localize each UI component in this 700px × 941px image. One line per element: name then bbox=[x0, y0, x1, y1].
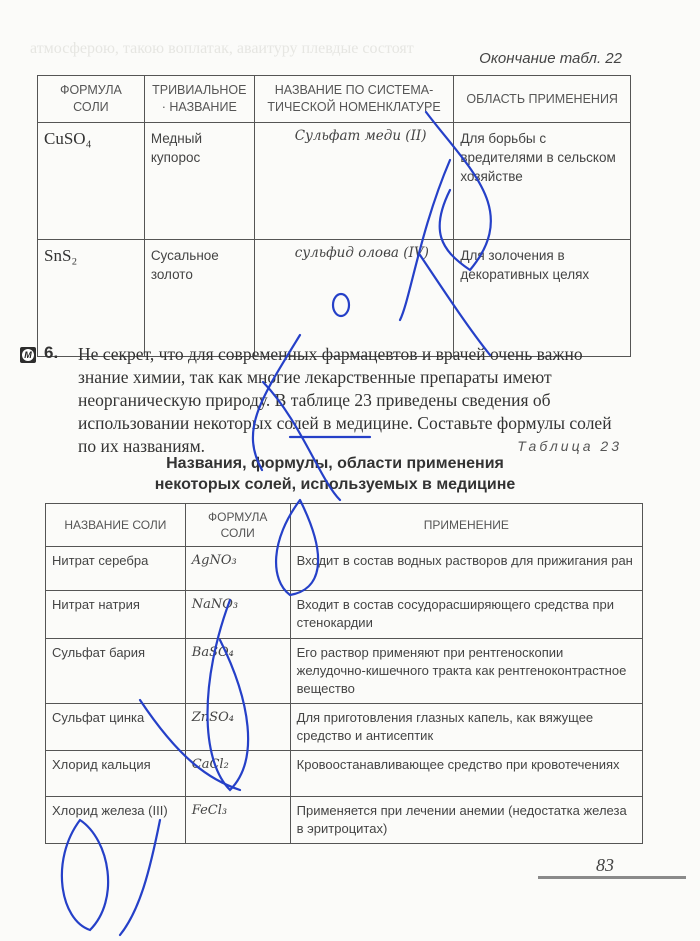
header-salt-formula: ФОРМУЛА СОЛИ bbox=[185, 504, 290, 547]
cell-formula-handwritten[interactable]: CaCl₂ bbox=[185, 751, 290, 797]
table-23-label: Таблица 23 bbox=[517, 438, 622, 454]
task-number: 6. bbox=[44, 343, 58, 363]
table-23-title: Названия, формулы, области применения не… bbox=[130, 453, 540, 495]
table-header-row: НАЗВАНИЕ СОЛИ ФОРМУЛА СОЛИ ПРИМЕНЕНИЕ bbox=[46, 504, 643, 547]
cell-trivial-name: Сусальное золото bbox=[144, 240, 254, 357]
cell-salt-name: Сульфат бария bbox=[46, 639, 186, 704]
header-salt-name: НАЗВАНИЕ СОЛИ bbox=[46, 504, 186, 547]
page-number: 83 bbox=[596, 855, 614, 876]
cell-application: Для приготовления глазных капель, как вя… bbox=[290, 704, 642, 751]
header-application: ОБЛАСТЬ ПРИМЕНЕНИЯ bbox=[454, 76, 631, 123]
cell-formula-handwritten[interactable]: NaNO₃ bbox=[185, 591, 290, 639]
cell-application: Его раствор применяют при рентгеноскопии… bbox=[290, 639, 642, 704]
table-row: Хлорид кальция CaCl₂ Кровоостанавливающе… bbox=[46, 751, 643, 797]
cell-trivial-name: Медный купорос bbox=[144, 123, 254, 240]
cell-systematic-name-handwritten[interactable]: сульфид олова (IV) bbox=[254, 240, 454, 357]
cell-application: Для борьбы с вредителями в сельском хозя… bbox=[454, 123, 631, 240]
header-formula: ФОРМУЛА СОЛИ bbox=[38, 76, 145, 123]
cell-application: Применяется при лечении анемии (недостат… bbox=[290, 797, 642, 844]
cell-salt-name: Сульфат цинка bbox=[46, 704, 186, 751]
cell-salt-name: Хлорид кальция bbox=[46, 751, 186, 797]
table-continuation-caption: Окончание табл. 22 bbox=[479, 50, 622, 67]
page-number-rule bbox=[538, 876, 686, 879]
cell-formula: SnS₂ bbox=[38, 240, 145, 357]
cell-salt-name: Нитрат серебра bbox=[46, 547, 186, 591]
table-23: НАЗВАНИЕ СОЛИ ФОРМУЛА СОЛИ ПРИМЕНЕНИЕ Ни… bbox=[45, 503, 643, 844]
header-application: ПРИМЕНЕНИЕ bbox=[290, 504, 642, 547]
cell-systematic-name-handwritten[interactable]: Сульфат меди (II) bbox=[254, 123, 454, 240]
cell-application: Входит в состав сосудорасширяющего средс… bbox=[290, 591, 642, 639]
cell-formula-handwritten[interactable]: BaSO₄ bbox=[185, 639, 290, 704]
table-header-row: ФОРМУЛА СОЛИ ТРИВИАЛЬНОЕ · НАЗВАНИЕ НАЗВ… bbox=[38, 76, 631, 123]
header-trivial-name: ТРИВИАЛЬНОЕ · НАЗВАНИЕ bbox=[144, 76, 254, 123]
table-row: Сульфат цинка ZnSO₄ Для приготовления гл… bbox=[46, 704, 643, 751]
header-systematic-name: НАЗВАНИЕ ПО СИСТЕМА-ТИЧЕСКОЙ НОМЕНКЛАТУР… bbox=[254, 76, 454, 123]
cell-application: Для золочения в декоративных целях bbox=[454, 240, 631, 357]
cell-application: Кровоостанавливающее средство при кровот… bbox=[290, 751, 642, 797]
table-row: Нитрат серебра AgNO₃ Входит в состав вод… bbox=[46, 547, 643, 591]
cell-formula: CuSO₄ bbox=[38, 123, 145, 240]
cell-formula-handwritten[interactable]: FeCl₃ bbox=[185, 797, 290, 844]
table-row: Нитрат натрия NaNO₃ Входит в состав сосу… bbox=[46, 591, 643, 639]
cell-salt-name: Хлорид железа (III) bbox=[46, 797, 186, 844]
cell-formula-handwritten[interactable]: AgNO₃ bbox=[185, 547, 290, 591]
cell-salt-name: Нитрат натрия bbox=[46, 591, 186, 639]
cell-application: Входит в состав водных растворов для при… bbox=[290, 547, 642, 591]
cell-formula-handwritten[interactable]: ZnSO₄ bbox=[185, 704, 290, 751]
table-row: CuSO₄ Медный купорос Сульфат меди (II) Д… bbox=[38, 123, 631, 240]
table-row: Сульфат бария BaSO₄ Его раствор применяю… bbox=[46, 639, 643, 704]
table-row: SnS₂ Сусальное золото сульфид олова (IV)… bbox=[38, 240, 631, 357]
table-row: Хлорид железа (III) FeCl₃ Применяется пр… bbox=[46, 797, 643, 844]
table-22: ФОРМУЛА СОЛИ ТРИВИАЛЬНОЕ · НАЗВАНИЕ НАЗВ… bbox=[37, 75, 631, 357]
m-badge-icon: М bbox=[20, 347, 36, 363]
